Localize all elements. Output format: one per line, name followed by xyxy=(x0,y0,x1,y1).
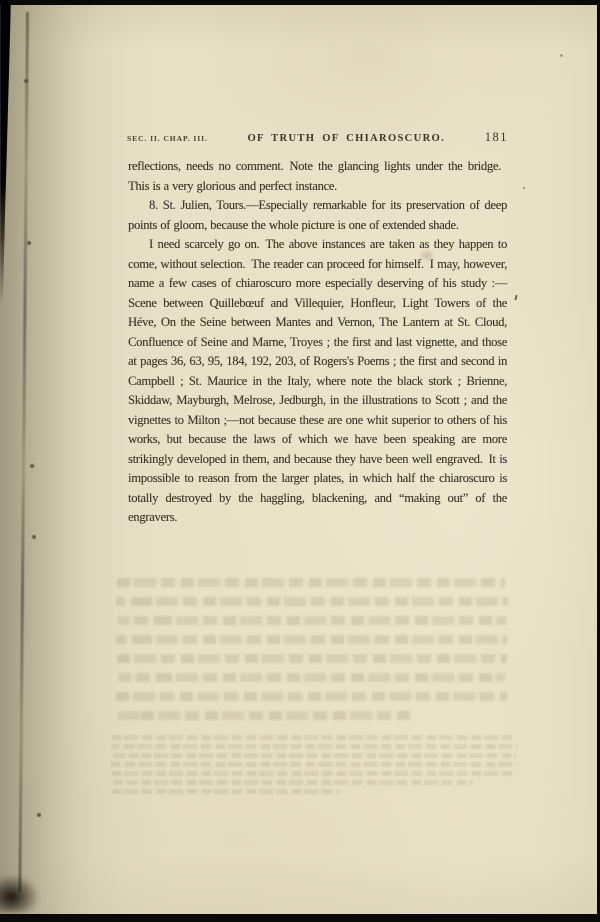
dust-speck xyxy=(523,187,525,189)
stitch-hole xyxy=(27,241,31,245)
stitch-hole xyxy=(30,464,34,468)
paragraph-instances: I need scarcely go on. The above instanc… xyxy=(128,235,507,528)
running-head: SEC. II. CHAP. III. OF TRUTH OF CHIAROSC… xyxy=(127,130,508,145)
running-head-section: SEC. II. CHAP. III. xyxy=(127,134,208,143)
foxing-stain xyxy=(419,249,435,262)
dust-speck xyxy=(560,54,563,57)
scan-corner-shadow xyxy=(0,874,40,912)
running-head-title: OF TRUTH OF CHIAROSCURO. xyxy=(208,133,485,144)
paragraph-reflections: reflections, needs no comment. Note the … xyxy=(128,157,507,196)
stitch-hole xyxy=(24,79,28,83)
body-text: reflections, needs no comment. Note the … xyxy=(128,157,507,528)
stitch-hole xyxy=(37,813,41,817)
stitch-hole xyxy=(32,535,36,539)
book-page-scan: SEC. II. CHAP. III. OF TRUTH OF CHIAROSC… xyxy=(0,0,600,922)
page-number: 181 xyxy=(485,130,508,145)
paragraph-st-julien: 8. St. Julien, Tours.—Especially remarka… xyxy=(128,196,507,235)
